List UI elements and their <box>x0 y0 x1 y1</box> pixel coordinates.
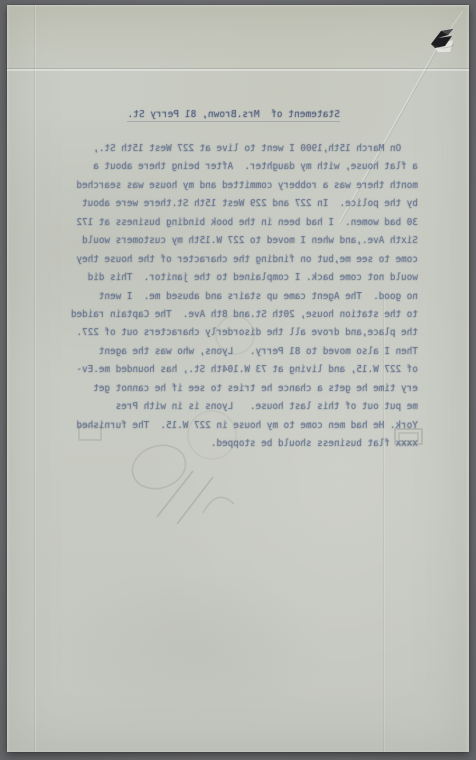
document-page: Statement of Mrs.Brown, 81 Perry St. On … <box>7 5 469 752</box>
typewritten-line: a flat house, with my daughter. After be… <box>75 158 418 176</box>
title-row: Statement of Mrs.Brown, 81 Perry St. <box>75 102 418 114</box>
typewritten-line: the place,and drove all the disorderly c… <box>75 324 418 342</box>
typewritten-line: come to see me,but on finding the charac… <box>75 251 418 269</box>
typewritten-line: Sixth Ave.,and when I moved to 227 W.15t… <box>75 232 418 250</box>
typewritten-line: xxxx flat business should be stopped. <box>75 435 418 453</box>
typewritten-line: no good. The Agent came up stairs and ab… <box>75 288 418 306</box>
document-title: Statement of Mrs.Brown, 81 Perry St. <box>127 109 340 122</box>
scanned-document-screenshot: { "document": { "title": "Statement of M… <box>0 0 476 760</box>
mirrored-text-block: Statement of Mrs.Brown, 81 Perry St. On … <box>75 102 418 453</box>
typewritten-line: of 227 W.15, and living at 73 W.104th St… <box>75 361 418 379</box>
typewritten-line: York. He had men come to my house in 227… <box>75 417 418 435</box>
typewritten-line: would not come back. I complained to the… <box>75 269 418 287</box>
typewritten-line: month there was a robbery committed and … <box>75 177 418 195</box>
typewritten-line: 30 bad women. I had been in the book bin… <box>75 214 418 232</box>
paper-tear-icon <box>431 29 454 52</box>
typewritten-line: Then I also moved to 81 Perry. Lyons, wh… <box>75 343 418 361</box>
typewritten-line: to the station house, 20th St.and 8th Av… <box>75 306 418 324</box>
typewritten-line: ery time he gets a chance he tries to se… <box>75 380 418 398</box>
typewritten-line: me put out of this last house. Lyons is … <box>75 398 418 416</box>
typewritten-line: On March 15th,1900 I went to live at 227… <box>75 140 418 158</box>
typewritten-line: by the police. In 227 and 229 West 15th … <box>75 195 418 213</box>
